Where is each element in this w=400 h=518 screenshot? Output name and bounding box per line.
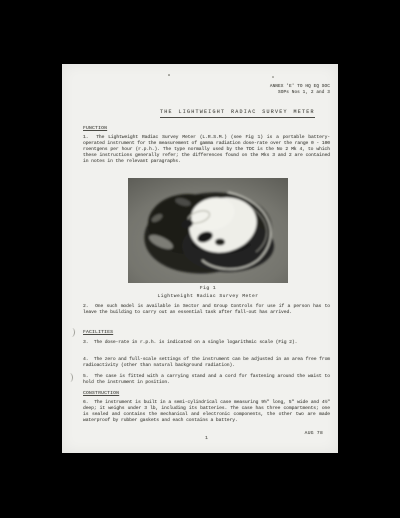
annex-line-2: SOPs Nos 1, 2 and 3 <box>270 90 330 96</box>
scan-background: ANNEX 'E' TO HQ EQ SOC SOPs Nos 1, 2 and… <box>0 0 400 518</box>
ink-speck <box>168 74 170 76</box>
document-page: ANNEX 'E' TO HQ EQ SOC SOPs Nos 1, 2 and… <box>62 64 338 453</box>
figure-label: Fig 1 <box>128 286 288 291</box>
ink-speck <box>272 76 274 78</box>
page-title: THE LIGHTWEIGHT RADIAC SURVEY METER <box>160 109 315 118</box>
figure-photo <box>128 178 288 283</box>
figure-caption: Lightweight Radiac Survey Meter <box>128 294 288 299</box>
annex-reference: ANNEX 'E' TO HQ EQ SOC SOPs Nos 1, 2 and… <box>270 84 330 96</box>
meter-photo-illustration <box>128 178 288 283</box>
section-heading-function: FUNCTION <box>83 126 107 131</box>
paragraph-3: 3. The dose-rate in r.p.h. is indicated … <box>83 340 330 346</box>
margin-mark <box>70 328 76 337</box>
paragraph-4: 4. The zero and full-scale settings of t… <box>83 357 330 369</box>
page-number: 1 <box>83 436 330 441</box>
paragraph-2: 2. One such model is available in Sector… <box>83 304 330 316</box>
section-heading-facilities: FACILITIES <box>83 330 113 335</box>
paragraph-1: 1. The Lightweight Radiac Survey Meter (… <box>83 135 330 165</box>
margin-mark <box>68 373 73 382</box>
paragraph-6: 6. The instrument is built in a semi-cyl… <box>83 400 330 424</box>
paragraph-5: 5. The case is fitted with a carrying st… <box>83 374 330 386</box>
section-heading-construction: CONSTRUCTION <box>83 391 119 396</box>
